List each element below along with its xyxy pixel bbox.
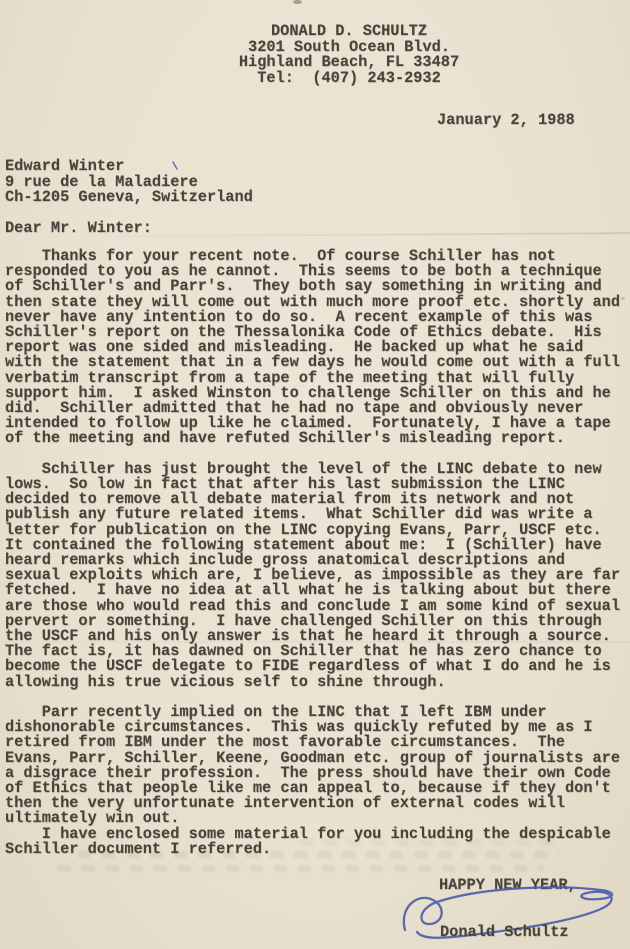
ink-bleed-through <box>58 865 544 872</box>
body-line: allowing his true vicious self to shine … <box>5 675 620 690</box>
address-line: Ch-1205 Geneva, Switzerland <box>5 190 253 206</box>
paragraph-4: I have enclosed some material for you in… <box>5 827 620 857</box>
paragraph-3: Parr recently implied on the LINC that I… <box>5 705 620 827</box>
letter-body: Thanks for your recent note. Of course S… <box>5 249 620 857</box>
body-line: Schiller document I referred. <box>5 842 620 857</box>
paragraph-2: Schiller has just brought the level of t… <box>5 462 620 690</box>
accent-stroke <box>173 162 177 169</box>
scanned-letter-page: DONALD D. SCHULTZ3201 South Ocean Blvd.H… <box>0 0 630 949</box>
signed-name: Donald Schultz <box>440 925 569 940</box>
body-line: of the meeting and have refuted Schiller… <box>5 431 620 446</box>
paragraph-1: Thanks for your recent note. Of course S… <box>5 249 620 447</box>
scan-speck <box>621 297 625 300</box>
letterhead: DONALD D. SCHULTZ3201 South Ocean Blvd.H… <box>239 24 459 86</box>
date-line: January 2, 1988 <box>437 113 575 128</box>
recipient-address: Edward Winter9 rue de la MaladiereCh-120… <box>5 159 253 206</box>
letterhead-line: Tel: (407) 243-2932 <box>239 71 459 87</box>
scan-speck <box>293 0 302 4</box>
handwritten-accent-mark <box>171 161 179 171</box>
salutation: Dear Mr. Winter: <box>5 221 152 236</box>
